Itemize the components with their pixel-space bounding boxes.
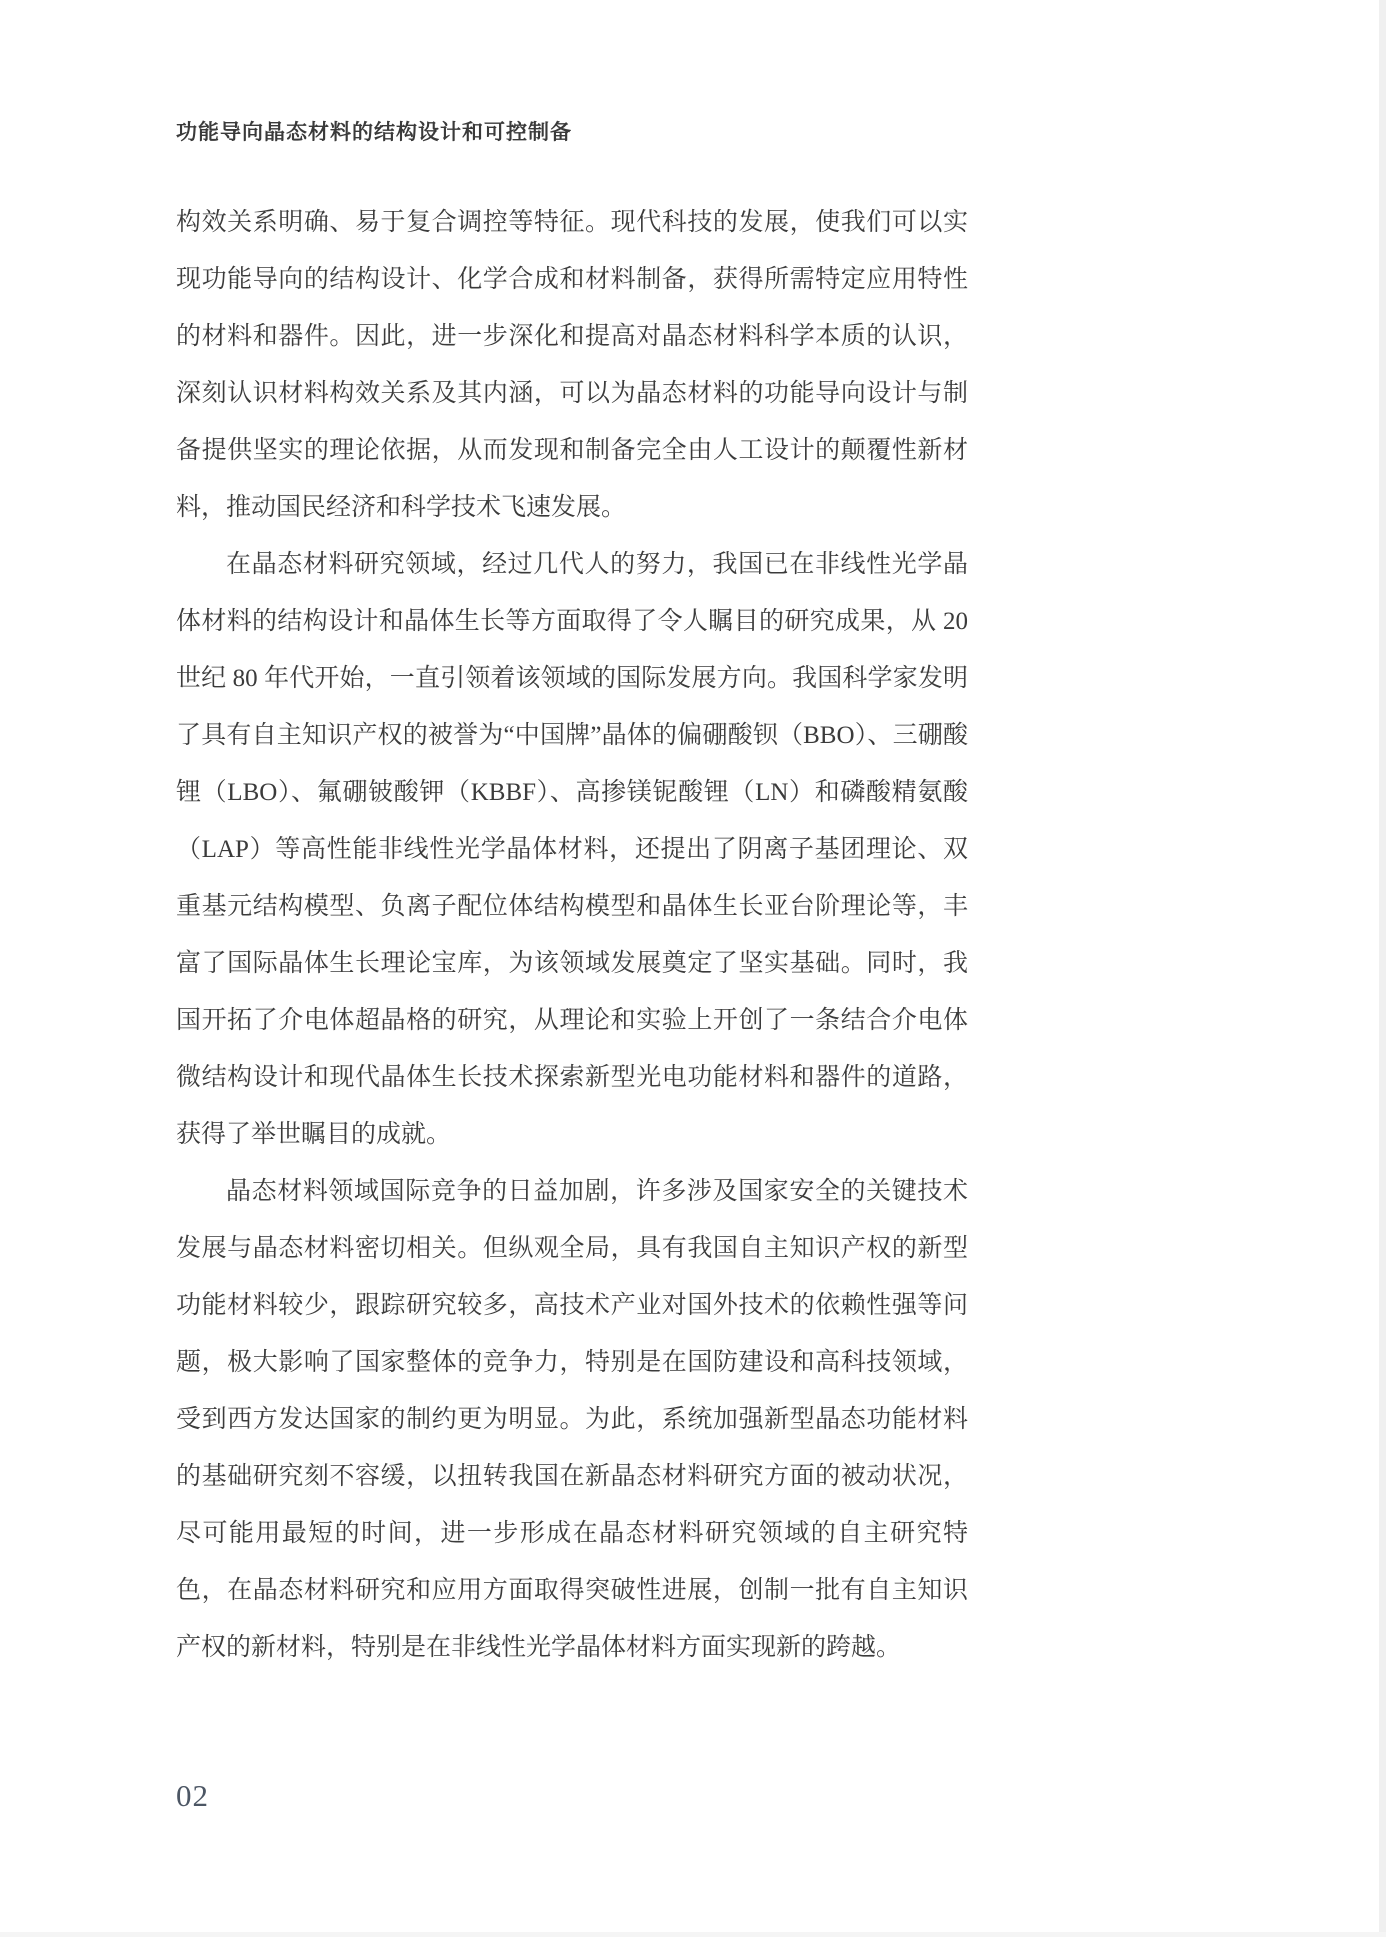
page-edge-bottom (0, 1932, 1386, 1937)
page-edge-right (1379, 0, 1386, 1937)
paragraph: 构效关系明确、易于复合调控等特征。现代科技的发展，使我们可以实现功能导向的结构设… (176, 194, 968, 536)
document-page: 功能导向晶态材料的结构设计和可控制备 构效关系明确、易于复合调控等特征。现代科技… (0, 0, 1386, 1937)
paragraph: 在晶态材料研究领域，经过几代人的努力，我国已在非线性光学晶体材料的结构设计和晶体… (176, 536, 968, 1163)
body-text-block: 构效关系明确、易于复合调控等特征。现代科技的发展，使我们可以实现功能导向的结构设… (176, 194, 968, 1676)
running-header-title: 功能导向晶态材料的结构设计和可控制备 (176, 116, 1076, 146)
page-number: 02 (176, 1778, 209, 1814)
paragraph: 晶态材料领域国际竞争的日益加剧，许多涉及国家安全的关键技术发展与晶态材料密切相关… (176, 1163, 968, 1676)
